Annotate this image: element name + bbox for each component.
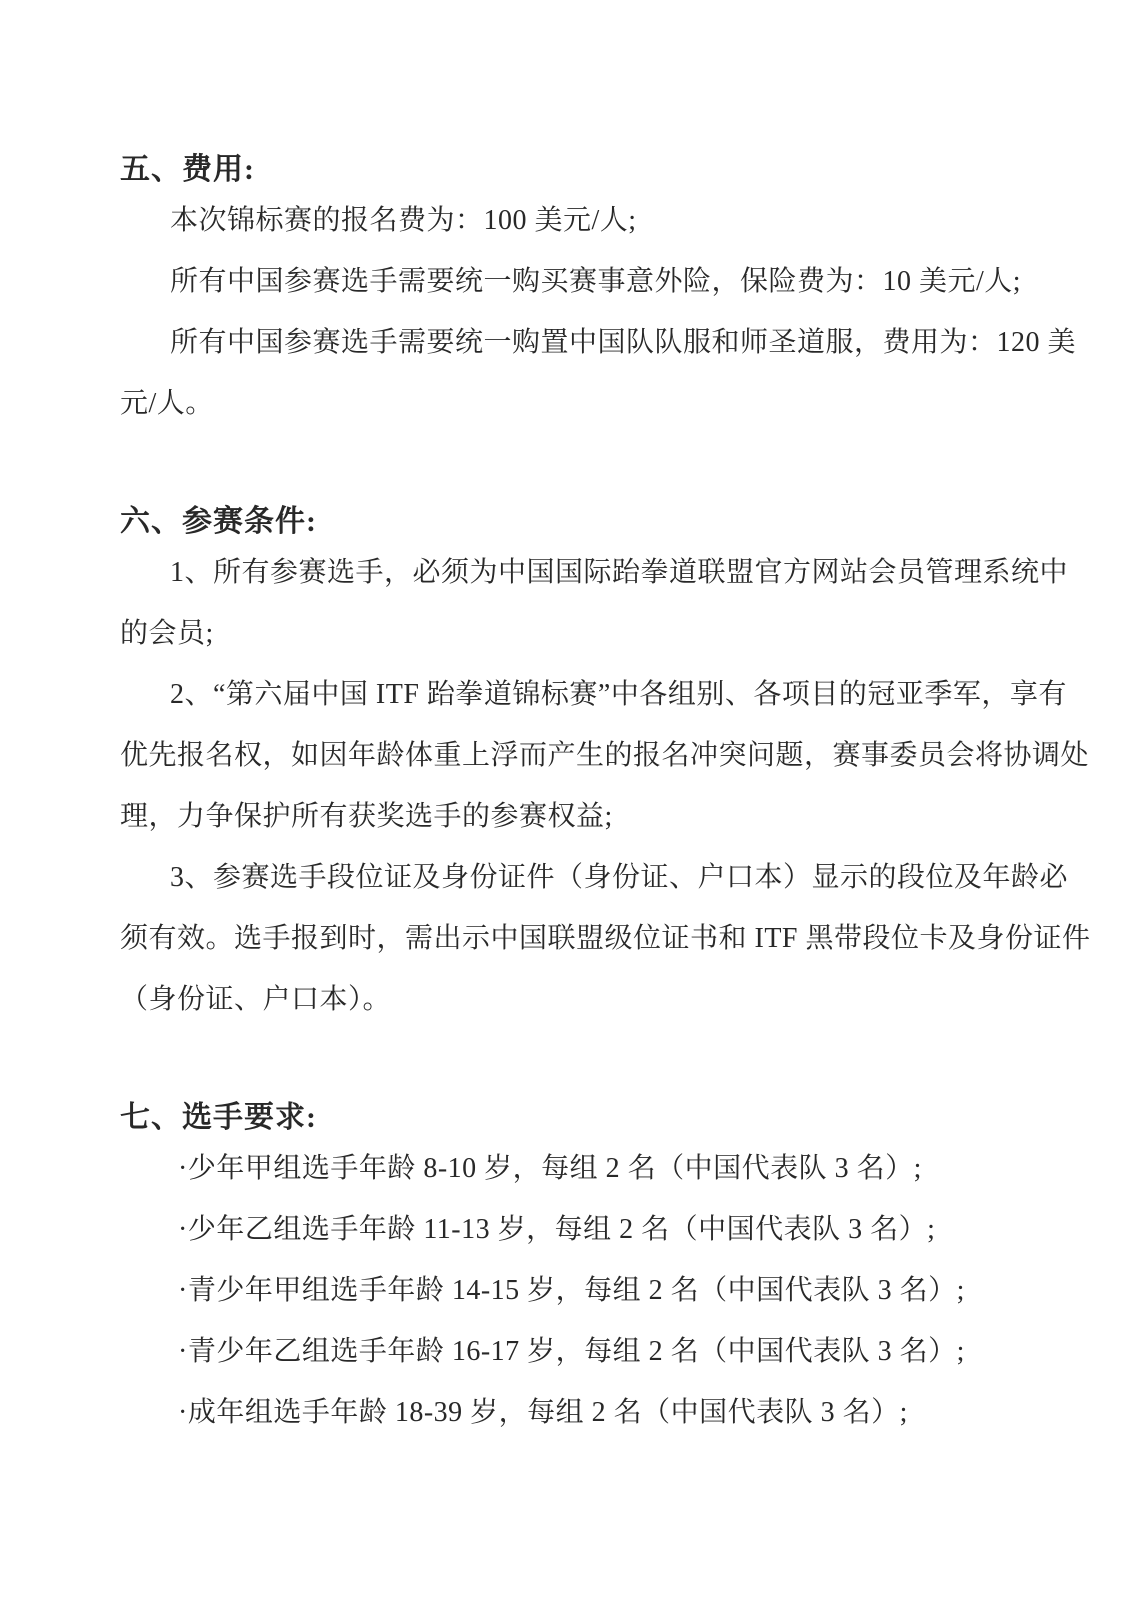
text-line: 2、“第六届中国 ITF 跆拳道锦标赛”中各组别、各项目的冠亚季军，享有 [120,664,1019,725]
section-heading: 七、选手要求: [120,1098,1019,1138]
paragraph: 本次锦标赛的报名费为：100 美元/人; [120,190,1019,251]
text-line: 3、参赛选手段位证及身份证件（身份证、户口本）显示的段位及年龄必 [120,847,1019,908]
paragraph: 所有中国参赛选手需要统一购买赛事意外险，保险费为：10 美元/人; [120,251,1019,312]
text-line: 所有中国参赛选手需要统一购置中国队队服和师圣道服，费用为：120 美 [120,312,1019,373]
bullet-item: ·少年乙组选手年龄 11-13 岁，每组 2 名（中国代表队 3 名）; [120,1199,1019,1260]
bullet-item: ·青少年甲组选手年龄 14-15 岁，每组 2 名（中国代表队 3 名）; [120,1260,1019,1321]
section-entry-conditions: 六、参赛条件:1、所有参赛选手，必须为中国国际跆拳道联盟官方网站会员管理系统中的… [120,502,1019,1030]
text-line: 元/人。 [120,373,1019,434]
document-page: 五、费用:本次锦标赛的报名费为：100 美元/人;所有中国参赛选手需要统一购买赛… [0,0,1131,1600]
text-line: 本次锦标赛的报名费为：100 美元/人; [120,190,1019,251]
text-line: ·少年甲组选手年龄 8-10 岁，每组 2 名（中国代表队 3 名）; [120,1138,1019,1199]
text-line: ·少年乙组选手年龄 11-13 岁，每组 2 名（中国代表队 3 名）; [120,1199,1019,1260]
paragraph: 3、参赛选手段位证及身份证件（身份证、户口本）显示的段位及年龄必须有效。选手报到… [120,847,1019,1030]
bullet-item: ·少年甲组选手年龄 8-10 岁，每组 2 名（中国代表队 3 名）; [120,1138,1019,1199]
text-line: （身份证、户口本）。 [120,969,1019,1030]
text-line: 须有效。选手报到时，需出示中国联盟级位证书和 ITF 黑带段位卡及身份证件 [120,908,1019,969]
section-heading: 六、参赛条件: [120,502,1019,542]
text-line: ·成年组选手年龄 18-39 岁，每组 2 名（中国代表队 3 名）; [120,1382,1019,1443]
paragraph: 2、“第六届中国 ITF 跆拳道锦标赛”中各组别、各项目的冠亚季军，享有优先报名… [120,664,1019,847]
paragraph: 所有中国参赛选手需要统一购置中国队队服和师圣道服，费用为：120 美元/人。 [120,312,1019,434]
bullet-item: ·青少年乙组选手年龄 16-17 岁，每组 2 名（中国代表队 3 名）; [120,1321,1019,1382]
text-line: ·青少年甲组选手年龄 14-15 岁，每组 2 名（中国代表队 3 名）; [120,1260,1019,1321]
paragraph: 1、所有参赛选手，必须为中国国际跆拳道联盟官方网站会员管理系统中的会员; [120,542,1019,664]
section-heading: 五、费用: [120,150,1019,190]
bullet-item: ·成年组选手年龄 18-39 岁，每组 2 名（中国代表队 3 名）; [120,1382,1019,1443]
section-athlete-requirements: 七、选手要求:·少年甲组选手年龄 8-10 岁，每组 2 名（中国代表队 3 名… [120,1098,1019,1443]
text-line: 理，力争保护所有获奖选手的参赛权益; [120,786,1019,847]
text-line: 1、所有参赛选手，必须为中国国际跆拳道联盟官方网站会员管理系统中 [120,542,1019,603]
section-fees: 五、费用:本次锦标赛的报名费为：100 美元/人;所有中国参赛选手需要统一购买赛… [120,150,1019,434]
text-line: ·青少年乙组选手年龄 16-17 岁，每组 2 名（中国代表队 3 名）; [120,1321,1019,1382]
text-line: 所有中国参赛选手需要统一购买赛事意外险，保险费为：10 美元/人; [120,251,1019,312]
text-line: 优先报名权，如因年龄体重上浮而产生的报名冲突问题，赛事委员会将协调处 [120,725,1019,786]
text-line: 的会员; [120,603,1019,664]
document-content: 五、费用:本次锦标赛的报名费为：100 美元/人;所有中国参赛选手需要统一购买赛… [0,0,1131,1443]
